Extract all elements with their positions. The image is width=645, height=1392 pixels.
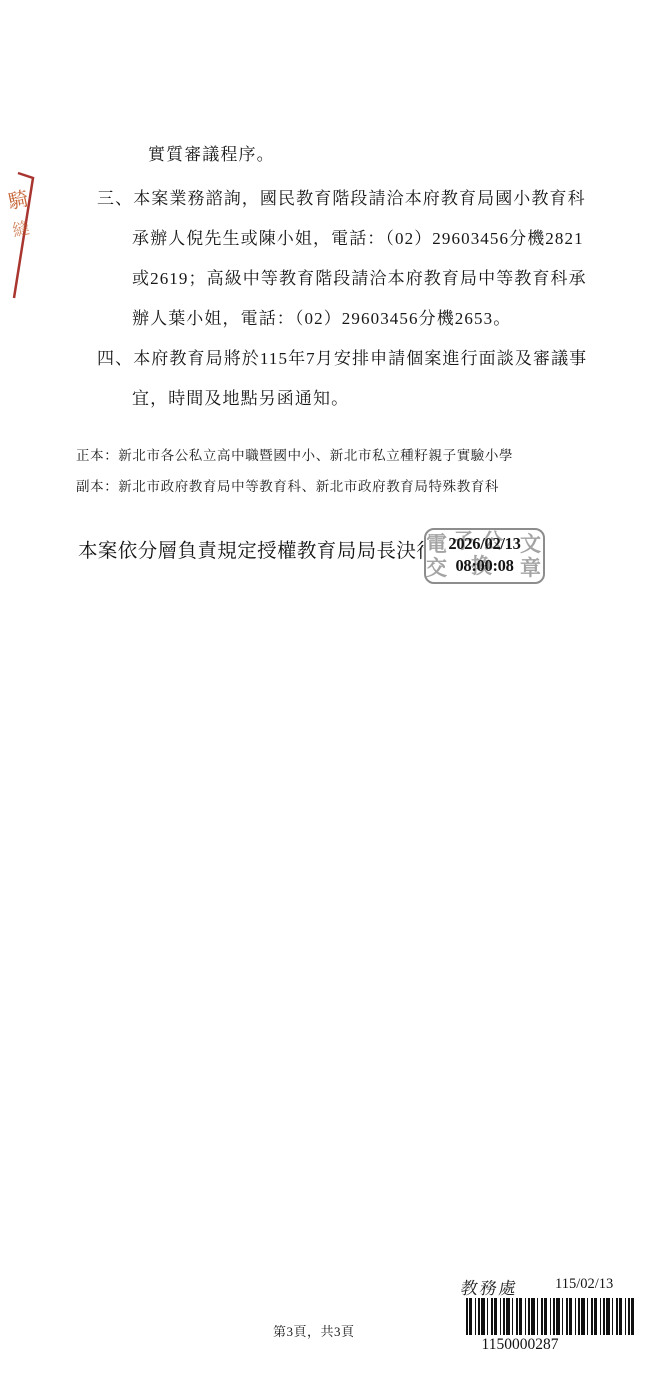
- cross-page-seal-stamp: 騎 縫: [0, 165, 45, 305]
- seal-char: 騎: [5, 187, 30, 214]
- electronic-exchange-stamp: 電 子 公 文 交 換 章 2026/02/13 08:00:08: [424, 528, 545, 584]
- copy-recipient-line: 副本：新北市政府教育局中等教育科、新北市政府教育局特殊教育科: [76, 475, 499, 495]
- registry-date: 115/02/13: [555, 1276, 613, 1293]
- body-line: 或2619；高級中等教育階段請洽本府教育局中等教育科承: [132, 264, 587, 289]
- original-recipient-line: 正本：新北市各公私立高中職暨國中小、新北市私立種籽親子實驗小學: [76, 444, 513, 464]
- body-line: 實質審議程序。: [148, 140, 275, 165]
- stamp-time: 08:00:08: [426, 558, 543, 575]
- document-page: { "letter": { "body_lines": [ "實質審議程序。",…: [0, 0, 645, 1392]
- body-line: 辦人葉小姐，電話：（02）29603456分機2653。: [132, 304, 511, 329]
- stamp-date: 2026/02/13: [426, 536, 543, 553]
- seal-char: 縫: [11, 218, 32, 240]
- body-line: 宜，時間及地點另函通知。: [132, 384, 349, 409]
- page-indicator: 第3頁，共3頁: [273, 1321, 355, 1340]
- authorization-line: 本案依分層負責規定授權教育局局長決行: [78, 535, 436, 563]
- body-line: 承辦人倪先生或陳小姐，電話：（02）29603456分機2821: [132, 224, 584, 249]
- barcode-number: 1150000287: [455, 1336, 585, 1354]
- barcode: [466, 1298, 634, 1335]
- body-line: 四、本府教育局將於115年7月安排申請個案進行面談及審議事: [97, 344, 587, 369]
- registry-department-label: 教務處: [459, 1274, 520, 1299]
- body-line: 三、本案業務諮詢，國民教育階段請洽本府教育局國小教育科: [97, 184, 586, 209]
